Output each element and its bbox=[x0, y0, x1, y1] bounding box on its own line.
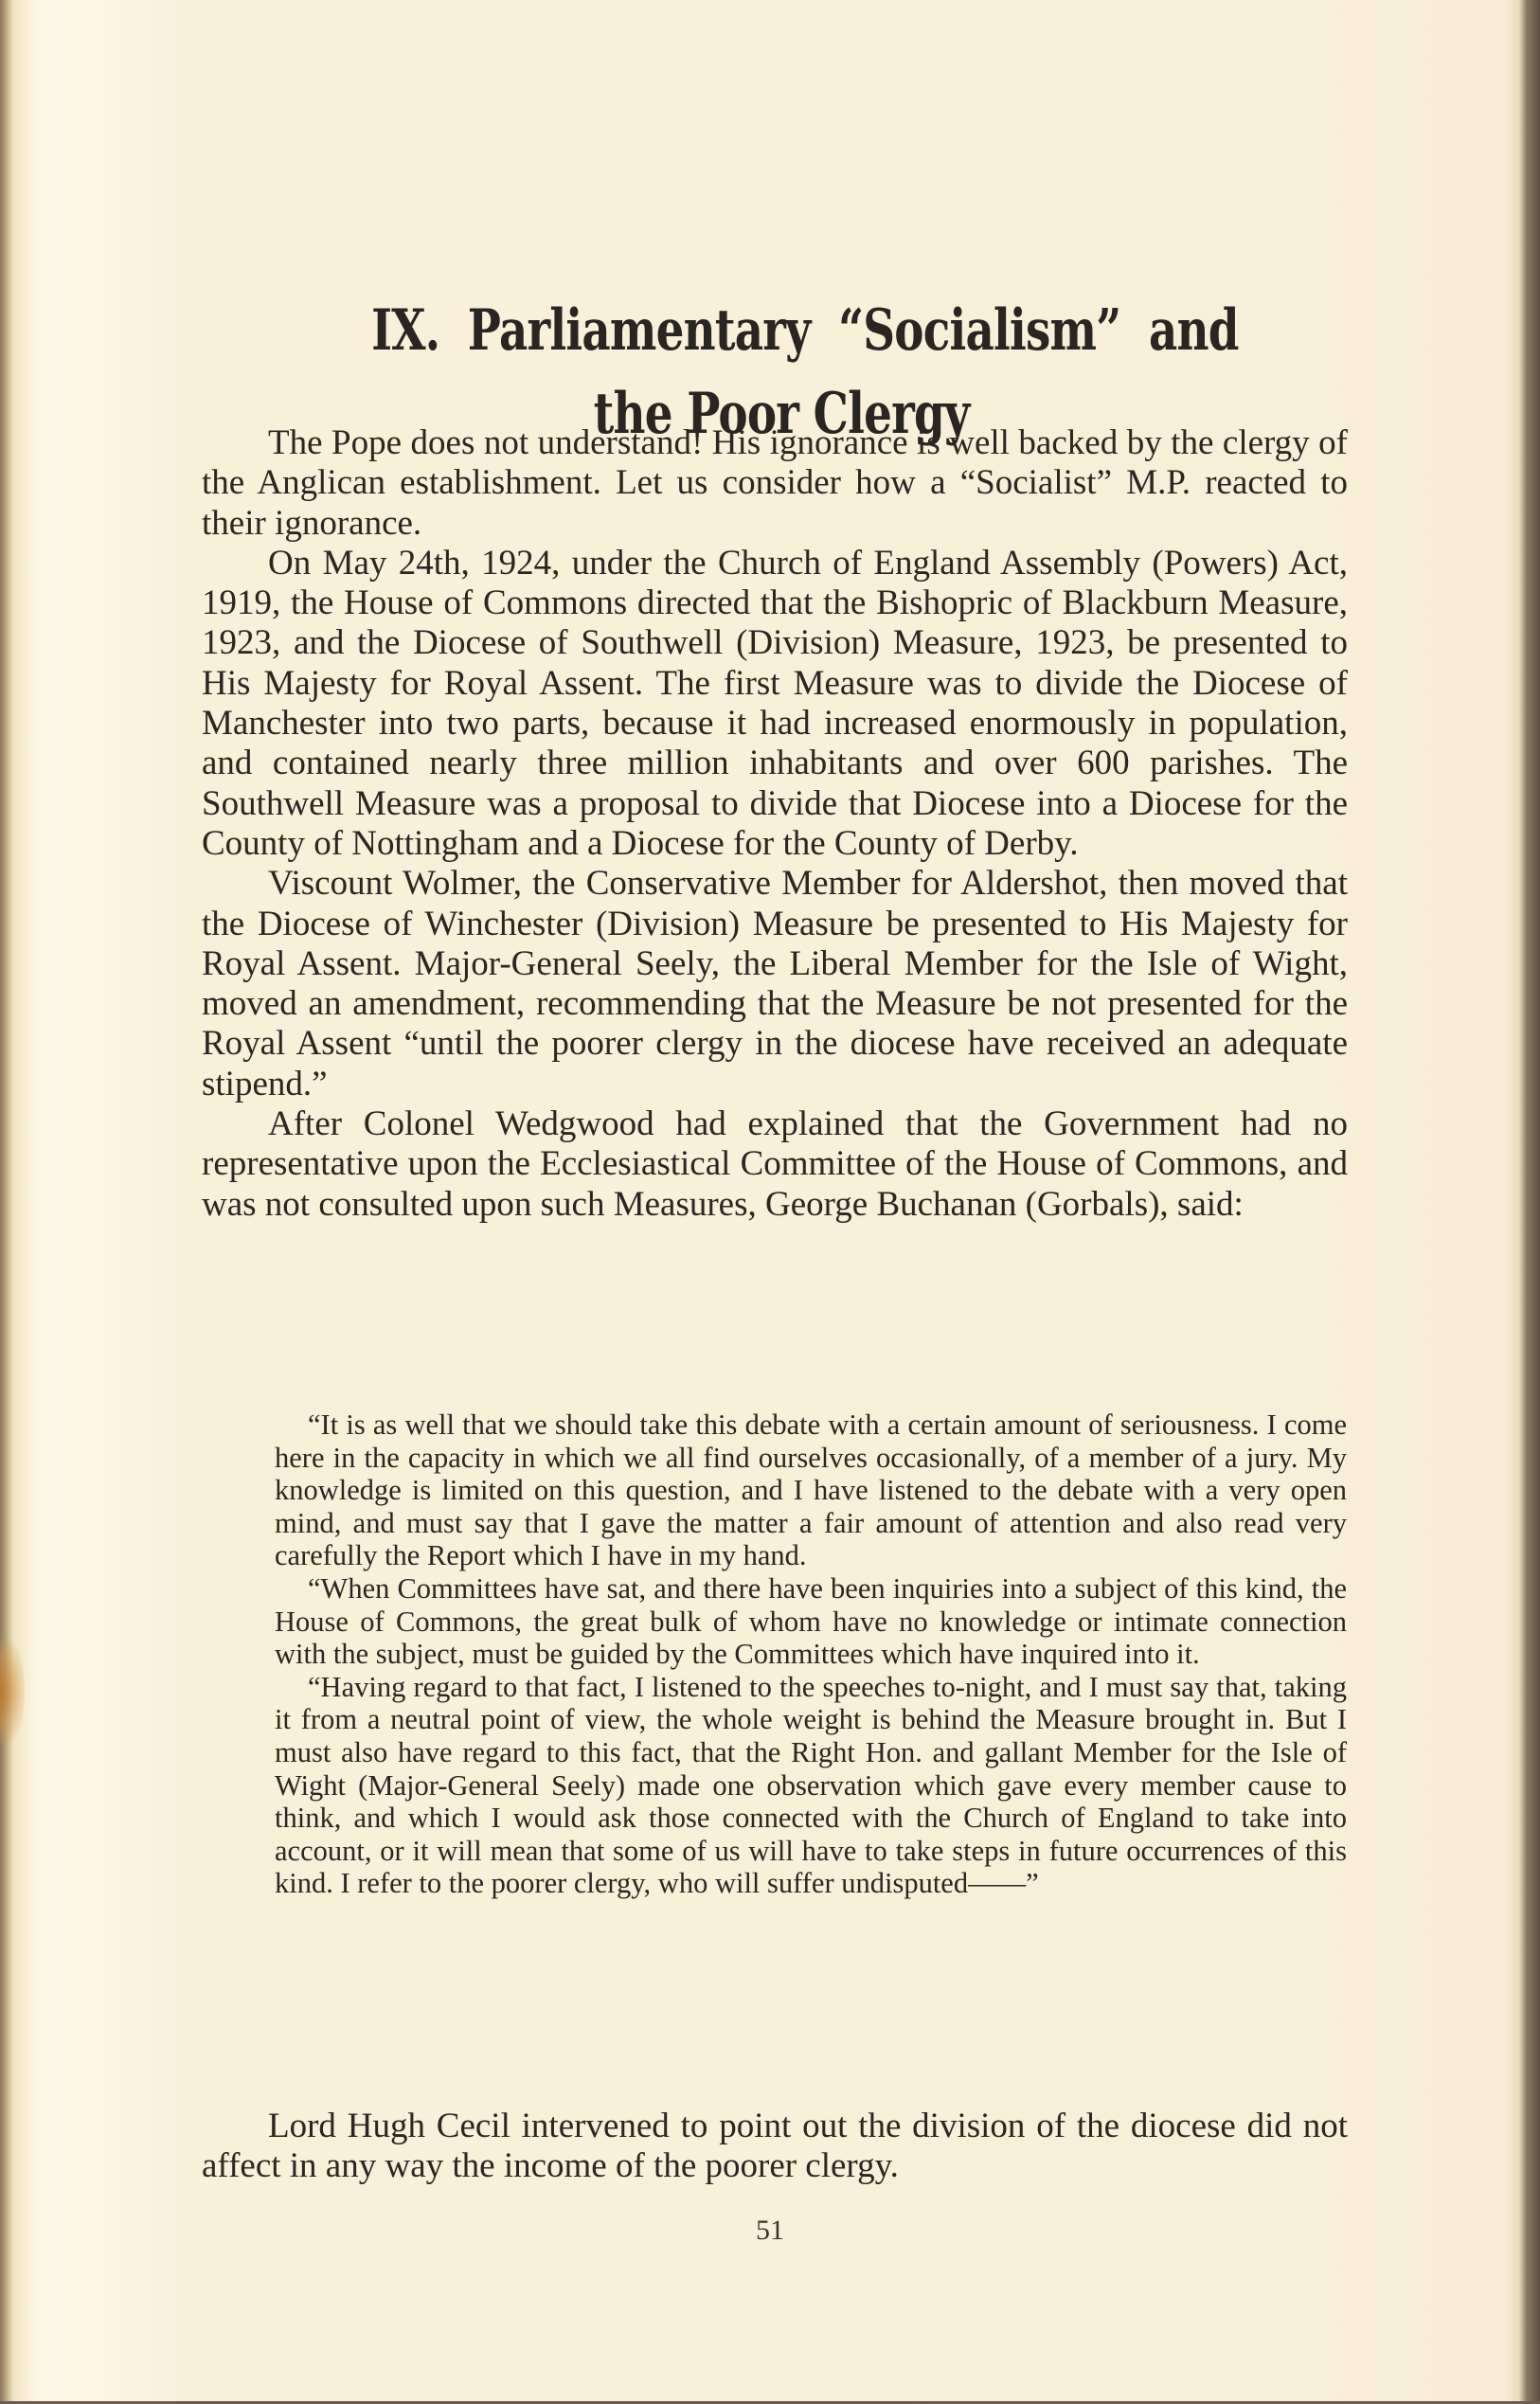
quote-paragraph: “It is as well that we should take this … bbox=[275, 1408, 1347, 1572]
page-number: 51 bbox=[723, 2215, 817, 2247]
chapter-title-line-1: IX. Parliamentary “Socialism” and bbox=[371, 289, 1191, 372]
block-quote-buchanan: “It is as well that we should take this … bbox=[275, 1408, 1347, 1900]
book-page: IX. Parliamentary “Socialism” and the Po… bbox=[0, 0, 1540, 2404]
closing-text: Lord Hugh Cecil intervened to point out … bbox=[202, 2107, 1348, 2187]
paper-stain bbox=[0, 1639, 25, 1743]
paragraph-measures-1924: On May 24th, 1924, under the Church of E… bbox=[202, 544, 1348, 864]
paragraph-wedgwood-buchanan: After Colonel Wedgwood had explained tha… bbox=[202, 1104, 1348, 1225]
paragraph-pope-ignorance: The Pope does not understand! His ignora… bbox=[202, 423, 1348, 544]
paragraph-hugh-cecil: Lord Hugh Cecil intervened to point out … bbox=[202, 2107, 1348, 2187]
body-text: The Pope does not understand! His ignora… bbox=[202, 423, 1348, 1225]
quote-paragraph: “Having regard to that fact, I listened … bbox=[275, 1671, 1347, 1900]
quote-paragraph: “When Committees have sat, and there hav… bbox=[275, 1572, 1347, 1671]
paragraph-wolmer-seely: Viscount Wolmer, the Conservative Member… bbox=[202, 864, 1348, 1104]
